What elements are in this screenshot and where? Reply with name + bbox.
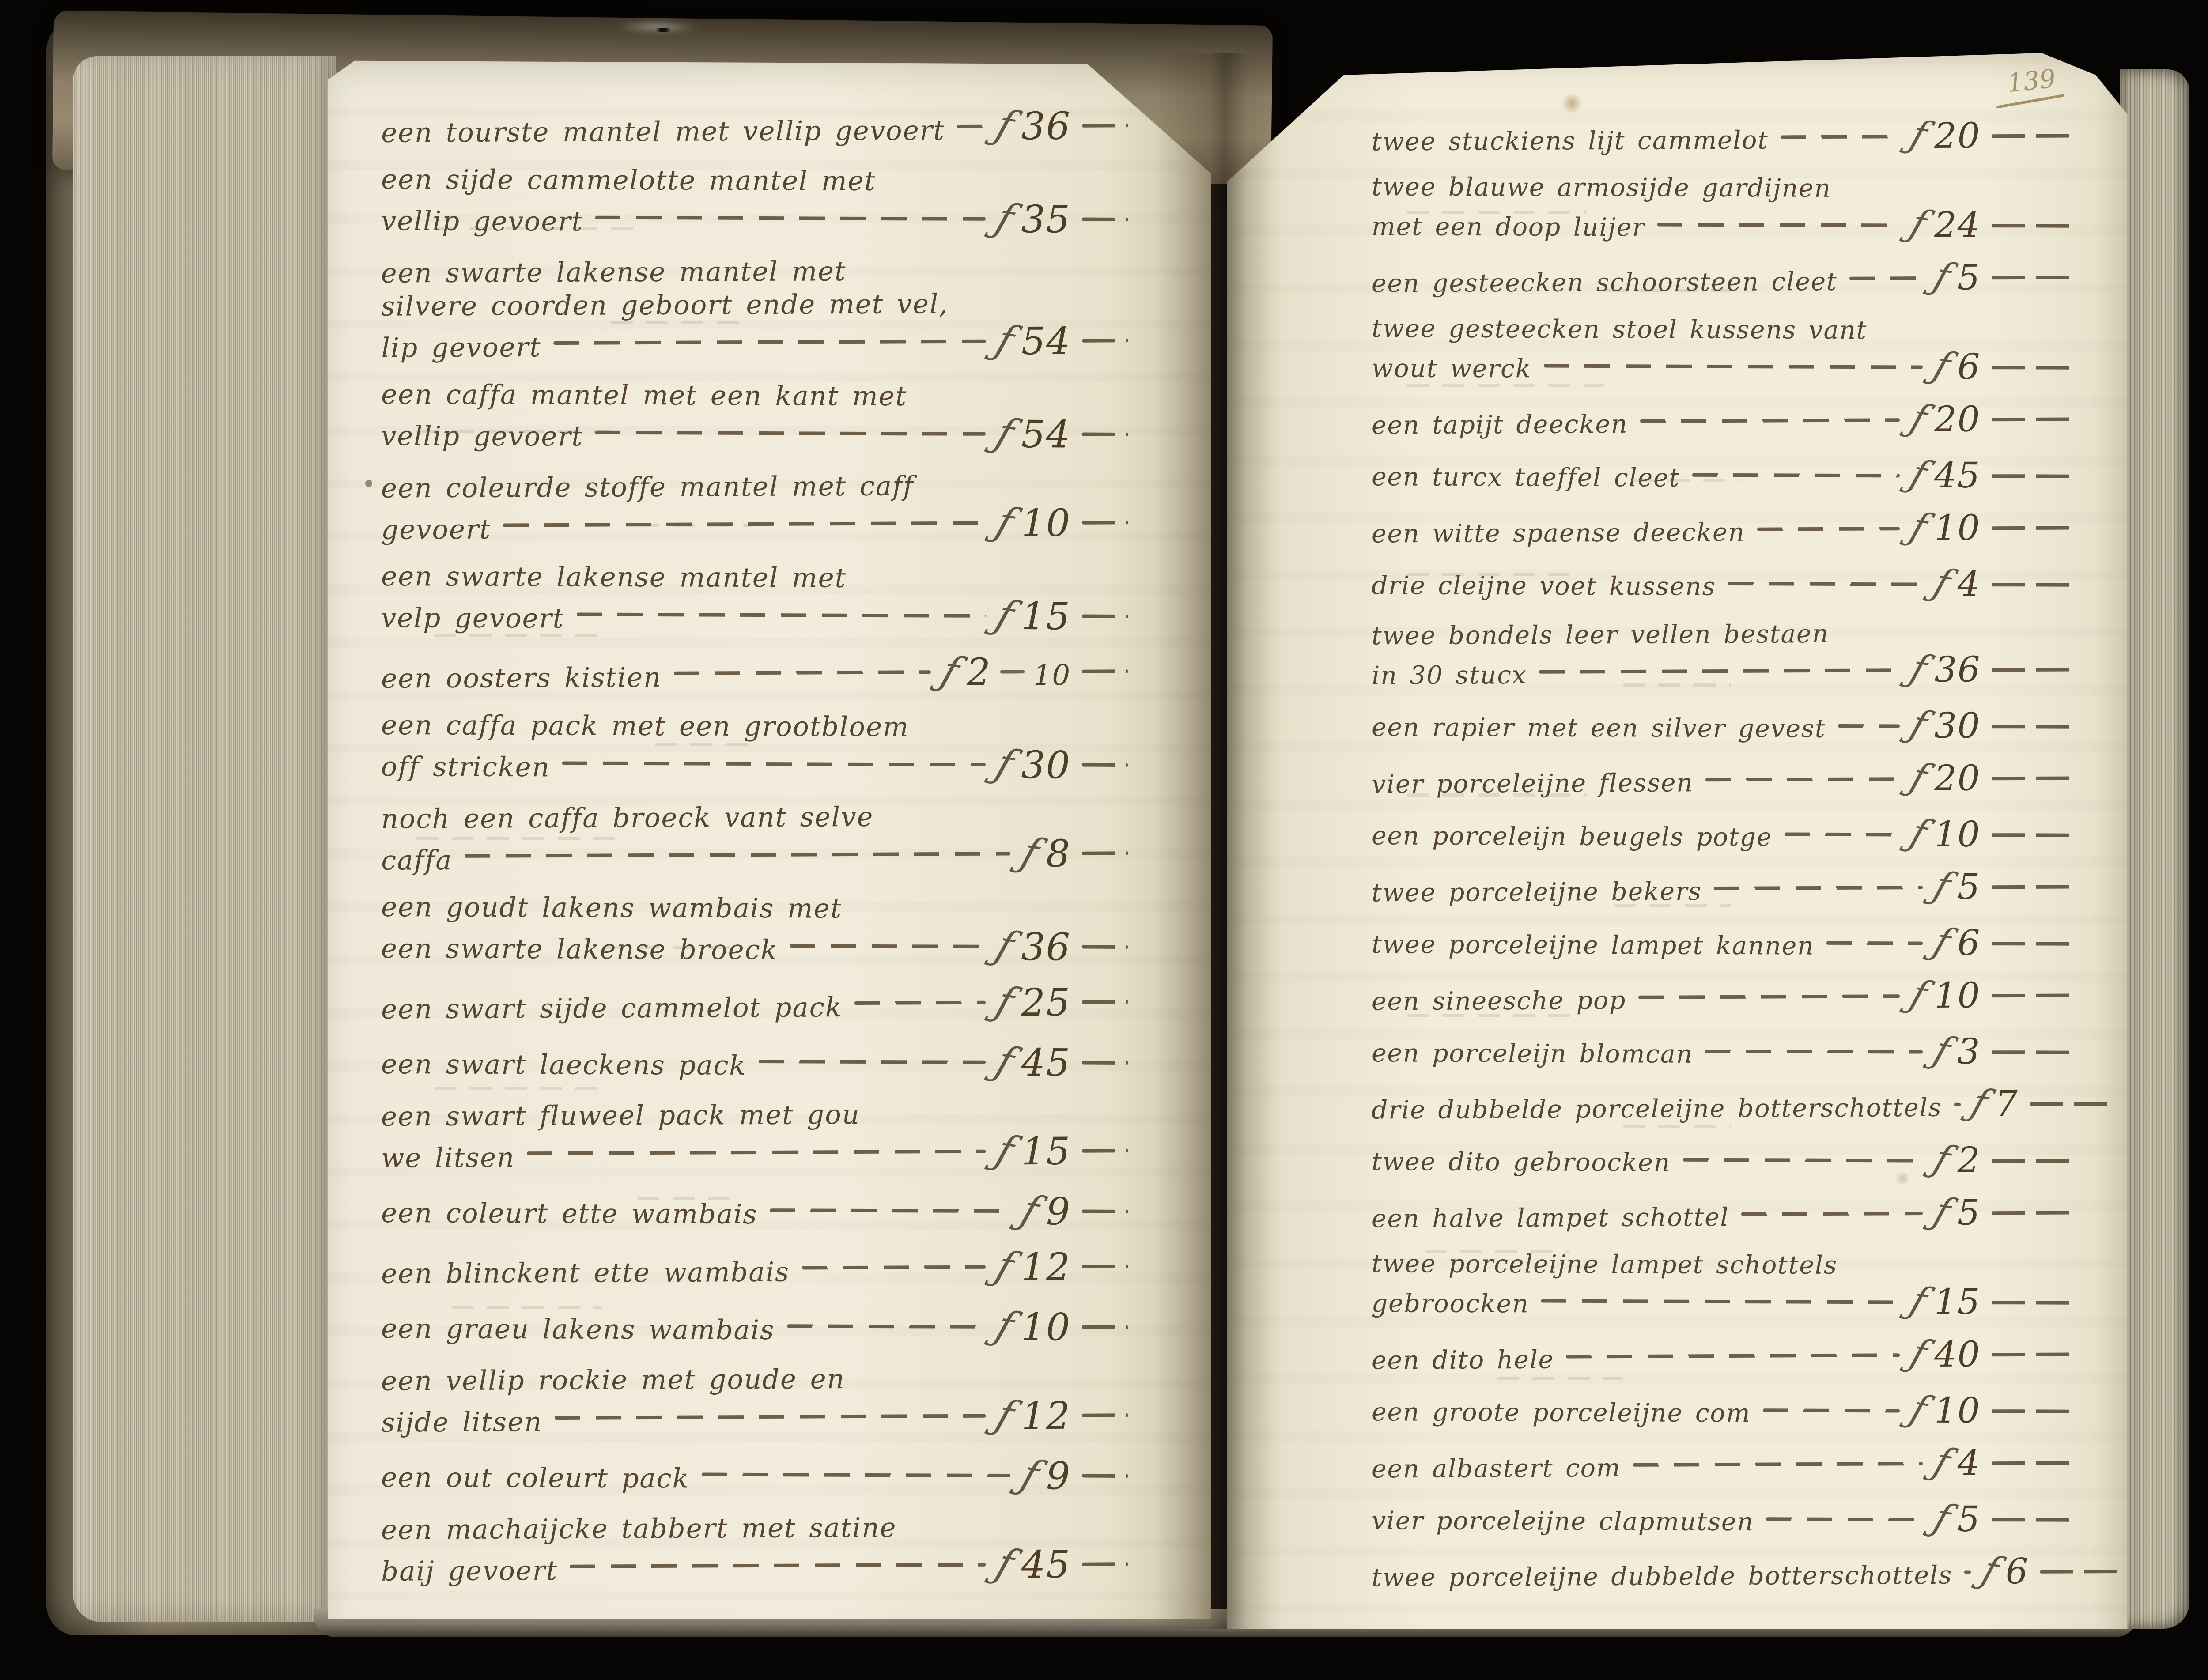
florin-sign: ƒ <box>1906 455 1933 495</box>
entry-line-priced: drie dubbelde porceleijne botterschottel… <box>1372 1084 2074 1127</box>
price-guilders: 5 <box>1957 869 1981 905</box>
entry-line: een caffa mantel met een kant met <box>381 378 1128 414</box>
entry-text: off stricken <box>381 750 550 784</box>
inventory-entry: een witte spaense deeckenƒ10 <box>1372 508 2074 551</box>
entry-line-priced: een graeu lakens wambaisƒ10 <box>381 1304 1128 1348</box>
right-fore-edge-stack <box>2120 69 2189 1629</box>
price-guilders: 8 <box>1046 835 1071 873</box>
trailing-dash <box>1082 1149 1128 1153</box>
entry-line-priced: twee porceleijne dubbelde botterschottel… <box>1372 1552 2074 1595</box>
entry-line: een sijde cammelotte mantel met <box>381 163 1128 199</box>
price-guilders: 10 <box>1021 1309 1071 1347</box>
hand-drawn-dashes <box>1541 1299 1900 1304</box>
florin-sign: ƒ <box>991 501 1020 544</box>
florin-sign: ƒ <box>1906 975 1932 1015</box>
trailing-dash <box>1081 614 1128 618</box>
trailing-dash <box>2030 1102 2111 1106</box>
entry-line-priced: een tapijt deeckenƒ20 <box>1372 400 2074 442</box>
entry-text: twee porceleijne lampet kannen <box>1372 929 1815 963</box>
price-guilders: 30 <box>1021 747 1071 785</box>
bleed-through-mark <box>1623 1125 1731 1128</box>
left-page-entries: een tourste mantel met vellip gevoertƒ36… <box>381 106 1128 1603</box>
entry-text: een rapier met een silver gevest <box>1372 711 1826 746</box>
trailing-dash <box>1992 1409 2073 1413</box>
entry-text: een blinckent ette wambais <box>381 1255 789 1290</box>
entry-text: caffa <box>381 844 453 877</box>
trailing-dash <box>1081 763 1128 767</box>
hand-drawn-dashes <box>786 1324 985 1329</box>
hand-drawn-dashes <box>1682 1158 1923 1163</box>
trailing-dash <box>1992 885 2073 889</box>
florin-sign: ƒ <box>1929 1499 1956 1539</box>
trailing-dash <box>1992 833 2073 837</box>
price-guilders: 6 <box>1957 925 1981 961</box>
inventory-entry: een graeu lakens wambaisƒ10 <box>381 1304 1128 1348</box>
bleed-through-mark <box>416 837 620 840</box>
inventory-entry: een dito heleƒ40 <box>1372 1335 2074 1378</box>
entry-line-priced: velp gevoertƒ15 <box>381 593 1128 637</box>
entry-line: een goudt lakens wambais met <box>381 891 1128 926</box>
florin-sign: ƒ <box>991 104 1020 147</box>
trailing-dash <box>1081 124 1128 128</box>
trailing-dash <box>1992 134 2073 138</box>
florin-sign: ƒ <box>991 1129 1020 1172</box>
entry-text: sijde litsen <box>381 1405 542 1439</box>
inventory-entry: een tourste mantel met vellip gevoertƒ36 <box>381 105 1128 149</box>
price-guilders: 7 <box>1995 1086 2019 1121</box>
entry-text: een tourste mantel met vellip gevoert <box>381 114 945 150</box>
florin-sign: ƒ <box>991 1305 1020 1347</box>
florin-sign: ƒ <box>1929 257 1955 297</box>
inventory-entry: drie dubbelde porceleijne botterschottel… <box>1372 1084 2074 1127</box>
price-guilders: 25 <box>1021 984 1071 1022</box>
entry-text: een out coleurt pack <box>381 1461 689 1495</box>
bleed-through-mark <box>637 524 752 527</box>
florin-sign: ƒ <box>1906 814 1933 854</box>
entry-text: drie dubbelde porceleijne botterschottel… <box>1372 1091 1942 1127</box>
inventory-entry: een albastert comƒ4 <box>1372 1443 2074 1486</box>
right-page: 139 twee stuckiens lijt cammelotƒ20twee … <box>1227 53 2128 1629</box>
inventory-entry: een swart sijde cammelot packƒ25 <box>381 981 1128 1026</box>
bleed-through-mark <box>1623 683 1731 687</box>
inventory-entry: een tapijt deeckenƒ20 <box>1372 400 2074 442</box>
hand-drawn-dashes <box>1543 364 1923 369</box>
hand-drawn-dashes <box>1728 582 1923 586</box>
inventory-entry: een swarte lakense mantel metvelp gevoer… <box>381 560 1128 637</box>
trailing-dash <box>1992 1159 2073 1163</box>
trailing-dash <box>1081 217 1128 221</box>
inventory-entry: twee blauwe armosijde gardijnenmet een d… <box>1372 171 2074 246</box>
entry-line-priced: een coleurt ette wambaisƒ9 <box>381 1188 1128 1232</box>
hand-drawn-dashes <box>1826 941 1923 945</box>
inventory-entry: twee porceleijne lampet kannenƒ6 <box>1372 922 2073 964</box>
entry-line: twee bondels leer vellen bestaen <box>1372 617 2073 653</box>
inventory-entry: twee bondels leer vellen bestaenin 30 st… <box>1372 617 2074 693</box>
entry-text: een groote porceleijne com <box>1372 1396 1751 1431</box>
entry-text: twee porceleijne lampet schottels <box>1372 1250 1837 1280</box>
entry-text: gevoert <box>381 513 491 546</box>
entry-text: een gesteecken schoorsteen cleet <box>1372 265 1837 301</box>
entry-text: een turcx taeffel cleet <box>1372 461 1680 495</box>
price-guilders: 40 <box>1934 1337 1981 1372</box>
inventory-entry: een gesteecken schoorsteen cleetƒ5 <box>1372 258 2074 301</box>
florin-sign: ƒ <box>1906 399 1932 439</box>
dash <box>1000 670 1024 673</box>
entry-text: een swarte lakense mantel met <box>381 256 846 289</box>
inventory-entry: een caffa mantel met een kant metvellip … <box>381 378 1128 455</box>
inventory-entry: vier porceleijne clapmutsenƒ5 <box>1372 1498 2073 1540</box>
entry-text: we litsen <box>381 1141 515 1174</box>
inventory-entry: een halve lampet schottelƒ5 <box>1372 1193 2074 1236</box>
entry-text: een dito hele <box>1372 1344 1554 1378</box>
hand-drawn-dashes <box>770 1208 1010 1213</box>
florin-sign: ƒ <box>991 1394 1020 1436</box>
entry-text: lip gevoert <box>381 331 541 365</box>
florin-sign: ƒ <box>1906 205 1933 245</box>
hand-drawn-dashes <box>562 761 986 766</box>
entry-line-priced: lip gevoertƒ54 <box>381 320 1128 364</box>
entry-text: een coleurde stoffe mantel met caff <box>381 470 914 504</box>
trailing-dash <box>1992 224 2073 228</box>
entry-line-priced: een swarte lakense broeckƒ36 <box>381 924 1128 968</box>
entry-line-priced: vier porceleijne clapmutsenƒ5 <box>1372 1498 2073 1540</box>
florin-sign: ƒ <box>991 1040 1020 1083</box>
trailing-dash <box>1081 1209 1128 1213</box>
trailing-dash <box>1992 1301 2073 1305</box>
inventory-entry: een rapier met een silver gevestƒ30 <box>1372 705 2073 747</box>
entry-text: twee dito gebroocken <box>1372 1146 1671 1180</box>
price-guilders: 36 <box>1934 652 1981 687</box>
florin-sign: ƒ <box>1977 1552 2004 1591</box>
bleed-through-mark <box>1407 384 1605 387</box>
bleed-through-mark <box>1407 573 1569 576</box>
bleed-through-mark <box>611 321 752 324</box>
bleed-through-mark <box>1407 1014 1578 1017</box>
bleed-through-mark <box>434 227 646 230</box>
bleed-through-mark <box>434 634 602 637</box>
trailing-dash <box>1992 725 2073 729</box>
entry-text: vellip gevoert <box>381 204 583 238</box>
cover-hole <box>654 28 673 32</box>
trailing-dash <box>1992 777 2073 781</box>
trailing-dash <box>1081 1325 1128 1329</box>
folio-number: 139 <box>2006 63 2064 105</box>
florin-sign: ƒ <box>1929 923 1956 963</box>
hand-drawn-dashes <box>1640 419 1900 423</box>
trailing-dash <box>1081 945 1128 949</box>
hand-drawn-dashes <box>957 124 986 128</box>
price-guilders: 24 <box>1934 208 1981 243</box>
price-guilders: 10 <box>1934 1393 1981 1428</box>
entry-text: een swart sijde cammelot pack <box>381 991 842 1026</box>
entry-line-priced: off strickenƒ30 <box>381 742 1128 786</box>
inventory-entry: een porceleijn beugels potgeƒ10 <box>1372 813 2073 856</box>
price-guilders: 5 <box>1957 1195 1981 1231</box>
inventory-entry: een oosters kistienƒ210 <box>381 650 1128 695</box>
price-guilders: 4 <box>1957 566 1981 602</box>
entry-line-priced: vellip gevoertƒ35 <box>381 196 1128 240</box>
entry-line-priced: een blinckent ette wambaisƒ12 <box>381 1246 1128 1290</box>
inventory-entry: een blinckent ette wambaisƒ12 <box>381 1246 1128 1290</box>
entry-text: een caffa pack met een grootbloem <box>381 710 909 743</box>
inventory-entry: een sineesche popƒ10 <box>1372 976 2074 1019</box>
inventory-entry: twee gesteecken stoel kussens vantwout w… <box>1372 313 2074 388</box>
hand-drawn-dashes <box>1566 1354 1899 1359</box>
bleed-through-mark <box>434 1087 611 1090</box>
entry-text: een witte spaense deecken <box>1372 516 1745 551</box>
florin-sign: ƒ <box>991 197 1020 239</box>
entry-text: een tapijt deecken <box>1372 408 1628 442</box>
florin-sign: ƒ <box>1016 1189 1045 1232</box>
florin-sign: ƒ <box>1906 508 1932 547</box>
inventory-entry: een machaijcke tabbert met satinebaij ge… <box>381 1510 1128 1588</box>
price-guilders: 12 <box>1021 1248 1071 1286</box>
open-manuscript-book-photo: een tourste mantel met vellip gevoertƒ36… <box>0 0 2208 1655</box>
entry-line: een swarte lakense mantel met <box>381 253 1128 290</box>
inventory-entry: een coleurt ette wambaisƒ9 <box>381 1188 1128 1232</box>
entry-line: een caffa pack met een grootbloem <box>381 709 1128 744</box>
entry-line-priced: een groote porceleijne comƒ10 <box>1372 1389 2073 1432</box>
entry-text: velp gevoert <box>381 601 564 635</box>
hand-drawn-dashes <box>854 1000 985 1004</box>
florin-sign: ƒ <box>1906 758 1932 798</box>
entry-line-priced: twee dito gebroockenƒ2 <box>1372 1139 2073 1182</box>
price-guilders: 12 <box>1021 1397 1071 1435</box>
right-page-entries: twee stuckiens lijt cammelotƒ20twee blau… <box>1372 117 2073 1608</box>
price-guilders: 30 <box>1934 708 1981 744</box>
hand-drawn-dashes <box>1657 223 1899 227</box>
entry-line-priced: drie cleijne voet kussensƒ4 <box>1372 563 2073 605</box>
inventory-entry: een swarte lakense mantel metsilvere coo… <box>381 253 1128 364</box>
price-guilders: 10 <box>1934 510 1981 546</box>
trailing-dash <box>1081 1474 1128 1478</box>
inventory-entry: een caffa pack met een grootbloemoff str… <box>381 709 1128 786</box>
inventory-entry: twee porceleijne lampet schottelsgebrooc… <box>1372 1248 2074 1323</box>
trailing-dash <box>1992 366 2073 370</box>
bleed-through-mark <box>1605 289 1731 292</box>
bleed-through-mark <box>655 743 752 746</box>
florin-sign: ƒ <box>1906 706 1933 745</box>
entry-line-priced: wout werckƒ6 <box>1372 346 2073 388</box>
hand-drawn-dashes <box>595 430 986 435</box>
trailing-dash <box>1992 1353 2073 1357</box>
entry-line: twee gesteecken stoel kussens vant <box>1372 313 2073 348</box>
entry-text: een swarte lakense mantel met <box>381 561 847 594</box>
price-guilders: 20 <box>1934 761 1981 796</box>
florin-sign: ƒ <box>1929 1031 1956 1071</box>
price-guilders: 20 <box>1934 402 1981 437</box>
trailing-dash <box>1082 1562 1128 1566</box>
entry-line-priced: een dito heleƒ40 <box>1372 1335 2074 1378</box>
entry-line-priced: een out coleurt packƒ9 <box>381 1453 1128 1497</box>
trailing-dash <box>1992 942 2073 946</box>
entry-line: twee blauwe armosijde gardijnen <box>1372 171 2073 207</box>
entry-line-priced: een halve lampet schottelƒ5 <box>1372 1193 2074 1236</box>
entry-text: een graeu lakens wambais <box>381 1312 775 1347</box>
trailing-dash <box>1992 668 2073 672</box>
entry-text: een porceleijn blomcan <box>1372 1037 1693 1072</box>
hand-drawn-dashes <box>595 215 986 220</box>
entry-text: twee bondels leer vellen bestaen <box>1372 619 1829 651</box>
inventory-entry: een turcx taeffel cleetƒ45 <box>1372 454 2073 497</box>
hand-drawn-dashes <box>1954 1103 1961 1106</box>
hand-drawn-dashes <box>790 944 985 948</box>
price-guilders: 2 <box>1957 1143 1981 1178</box>
inventory-entry: een goudt lakens wambais meteen swarte l… <box>381 891 1128 968</box>
entry-text: twee gesteecken stoel kussens vant <box>1372 314 1867 345</box>
trailing-dash <box>1992 1518 2073 1522</box>
hand-drawn-dashes <box>1838 724 1900 728</box>
price-guilders: 10 <box>1934 817 1981 852</box>
entry-text: een vellip rockie met goude en <box>381 1363 845 1397</box>
trailing-dash <box>1081 1061 1128 1065</box>
bleed-through-mark <box>416 430 611 433</box>
trailing-dash <box>1992 418 2073 422</box>
florin-sign: ƒ <box>991 981 1020 1023</box>
price-guilders: 5 <box>1957 1502 1981 1537</box>
price-guilders: 15 <box>1021 1133 1071 1170</box>
hand-drawn-dashes <box>758 1060 985 1064</box>
entry-text: een coleurt ette wambais <box>381 1197 757 1231</box>
foxing-spot <box>1560 94 1584 113</box>
entry-text: een oosters kistien <box>381 661 661 695</box>
bleed-through-mark <box>602 946 734 949</box>
entry-text: met een doop luijer <box>1372 211 1645 245</box>
inventory-entry: een coleurde stoffe mantel met caffgevoe… <box>381 468 1128 546</box>
bleed-through-mark <box>1614 904 1731 907</box>
entry-line-priced: een albastert comƒ4 <box>1372 1443 2074 1486</box>
florin-sign: ƒ <box>1906 1390 1933 1430</box>
hand-drawn-dashes <box>1539 669 1900 674</box>
price-stuivers: 10 <box>1033 661 1070 689</box>
entry-text: gebroocken <box>1372 1287 1529 1321</box>
bleed-through-mark <box>1497 1377 1623 1380</box>
price-guilders: 36 <box>1021 107 1071 145</box>
florin-sign: ƒ <box>1929 1140 1956 1180</box>
inventory-entry: twee dito gebroockenƒ2 <box>1372 1139 2073 1182</box>
entry-line-priced: een porceleijn blomcanƒ3 <box>1372 1031 2073 1073</box>
florin-sign: ƒ <box>937 650 965 692</box>
hand-drawn-dashes <box>554 1414 985 1419</box>
entry-line-priced: sijde litsenƒ12 <box>381 1394 1128 1439</box>
florin-sign: ƒ <box>991 1245 1020 1287</box>
florin-sign: ƒ <box>991 1543 1020 1585</box>
trailing-dash <box>1081 432 1128 436</box>
entry-line-priced: een sineesche popƒ10 <box>1372 976 2074 1019</box>
entry-text: baij gevoert <box>381 1554 558 1588</box>
florin-sign: ƒ <box>1929 1193 1955 1232</box>
entry-line-priced: baij gevoertƒ45 <box>381 1543 1128 1588</box>
price-guilders: 5 <box>1957 260 1981 295</box>
entry-text: twee stuckiens lijt cammelot <box>1372 124 1769 159</box>
trailing-dash <box>1992 1461 2073 1465</box>
inventory-entry: twee stuckiens lijt cammelotƒ20 <box>1372 116 2074 159</box>
price-guilders: 9 <box>1046 1193 1070 1231</box>
bleed-through-mark <box>637 1197 743 1200</box>
florin-sign: ƒ <box>1906 1282 1933 1321</box>
entry-text: vier porceleijne clapmutsen <box>1372 1505 1754 1539</box>
trailing-dash <box>1992 276 2073 280</box>
hand-drawn-dashes <box>1964 1571 1971 1574</box>
florin-sign: ƒ <box>991 319 1020 362</box>
hand-drawn-dashes <box>802 1265 985 1269</box>
hand-drawn-dashes <box>1757 527 1900 531</box>
entry-line-priced: twee porceleijne bekersƒ5 <box>1372 867 2074 910</box>
trailing-dash <box>1081 669 1128 673</box>
bleed-through-mark <box>1425 1250 1569 1253</box>
price-guilders: 45 <box>1934 458 1981 493</box>
florin-sign: ƒ <box>1929 1443 1955 1483</box>
entry-text: twee blauwe armosijde gardijnen <box>1372 173 1831 204</box>
price-guilders: 4 <box>1957 1446 1981 1481</box>
entry-text: een machaijcke tabbert met satine <box>381 1512 896 1545</box>
florin-sign: ƒ <box>991 743 1020 785</box>
entry-text: een caffa mantel met een kant met <box>381 379 907 412</box>
entry-text: een albastert com <box>1372 1452 1621 1486</box>
florin-sign: ƒ <box>1967 1084 1993 1124</box>
hand-drawn-dashes <box>1785 833 1900 837</box>
hand-drawn-dashes <box>673 670 930 675</box>
price-guilders: 15 <box>1934 1284 1981 1320</box>
price-guilders: 54 <box>1021 322 1071 360</box>
price-guilders: 9 <box>1046 1457 1070 1495</box>
trailing-dash <box>1082 521 1128 525</box>
florin-sign: ƒ <box>991 412 1020 454</box>
left-page: een tourste mantel met vellip gevoertƒ36… <box>328 55 1211 1619</box>
entry-line-priced: gebroockenƒ15 <box>1372 1281 2073 1323</box>
inventory-entry: twee porceleijne bekersƒ5 <box>1372 867 2074 910</box>
hand-drawn-dashes <box>1766 1518 1923 1521</box>
hand-drawn-dashes <box>701 1472 1010 1477</box>
inventory-entry: een swart laeckens packƒ45 <box>381 1039 1128 1084</box>
price-guilders: 20 <box>1934 118 1981 154</box>
entry-text: een porceleijn beugels potge <box>1372 820 1772 854</box>
trailing-dash <box>1081 1000 1128 1004</box>
entry-text: silvere coorden geboort ende met vel, <box>381 288 948 322</box>
trailing-dash <box>1081 1265 1128 1268</box>
left-page-edges-stack <box>73 56 336 1622</box>
price-guilders: 10 <box>1934 978 1981 1013</box>
bleed-through-mark <box>1632 479 1740 482</box>
inventory-entry: een groote porceleijne comƒ10 <box>1372 1389 2073 1432</box>
inventory-entry: een vellip rockie met goude ensijde lits… <box>381 1361 1128 1439</box>
bleed-through-mark <box>452 1306 602 1309</box>
entry-text: een swart laeckens pack <box>381 1048 746 1082</box>
trailing-dash <box>1082 339 1128 343</box>
price-guilders: 45 <box>1021 1546 1071 1584</box>
price-guilders: 6 <box>1957 349 1981 385</box>
hand-drawn-dashes <box>1705 778 1900 782</box>
ink-dot <box>365 480 372 487</box>
entry-text: vellip gevoert <box>381 419 583 453</box>
hand-drawn-dashes <box>1849 276 1923 280</box>
trailing-dash <box>1992 474 2073 478</box>
florin-sign: ƒ <box>1906 1334 1932 1374</box>
entry-line-priced: een oosters kistienƒ210 <box>381 650 1128 695</box>
trailing-dash <box>1992 1050 2073 1054</box>
florin-sign: ƒ <box>1906 649 1932 689</box>
price-guilders: 15 <box>1021 598 1071 636</box>
entry-line-priced: een swart sijde cammelot packƒ25 <box>381 981 1128 1026</box>
hand-drawn-dashes <box>1705 1050 1923 1054</box>
entry-line: noch een caffa broeck vant selve <box>381 799 1128 835</box>
entry-text: een sijde cammelotte mantel met <box>381 164 876 197</box>
entry-line-priced: een rapier met een silver gevestƒ30 <box>1372 705 2073 747</box>
trailing-dash <box>1992 526 2073 530</box>
inventory-entry: een out coleurt packƒ9 <box>381 1453 1128 1497</box>
hand-drawn-dashes <box>553 339 986 344</box>
entry-line-priced: we litsenƒ15 <box>381 1130 1128 1174</box>
